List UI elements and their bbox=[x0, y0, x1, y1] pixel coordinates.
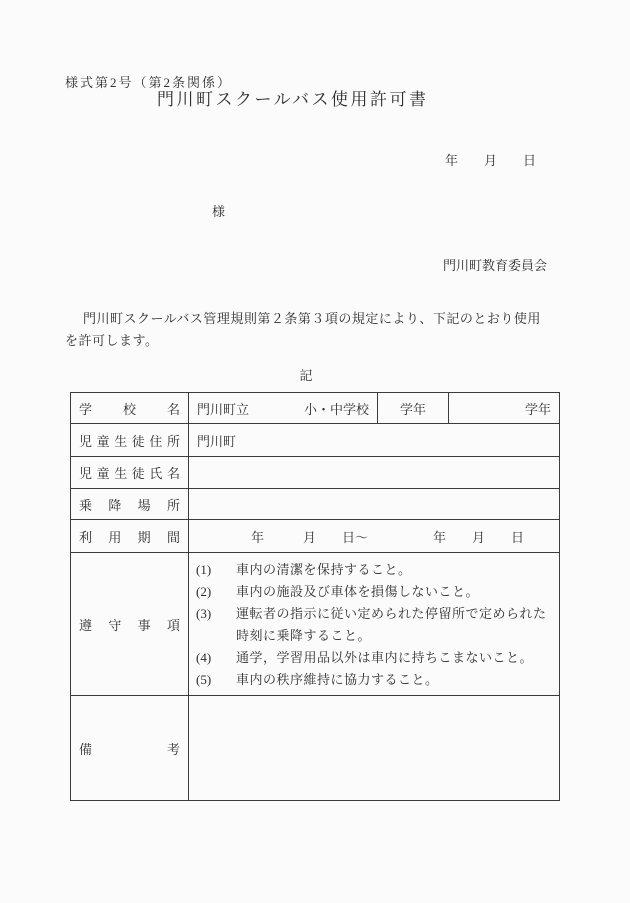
table-row-stop: 乗降場所 bbox=[71, 489, 560, 520]
issuer-name: 門川町教育委員会 bbox=[443, 257, 547, 275]
grade-header-cell: 学年 bbox=[378, 393, 449, 424]
rule-number: (1) bbox=[196, 559, 236, 581]
student-address-value: 門川町 bbox=[189, 424, 560, 457]
table-row-rules: 遵守事項 (1) 車内の清潔を保持すること。 (2) 車内の施設及び車体を損傷し… bbox=[71, 553, 560, 696]
permit-document-page: 様式第2号（第2条関係） 門川町スクールバス使用許可書 年 月 日 様 門川町教… bbox=[0, 0, 630, 903]
boarding-point-value bbox=[189, 489, 560, 520]
rule-item-3: (3) 運転者の指示に従い定められた停留所で定められた時刻に乗降すること。 bbox=[196, 603, 551, 647]
school-name-label: 学校名 bbox=[71, 399, 188, 418]
rule-number: (3) bbox=[196, 603, 236, 647]
permission-statement: 門川町スクールバス管理規則第２条第３項の規定により、下記のとおり使用を許可します… bbox=[65, 308, 549, 352]
rule-item-5: (5) 車内の秩序維持に協力すること。 bbox=[196, 669, 551, 691]
rule-item-4: (4) 通学，学習用品以外は車内に持ちこまないこと。 bbox=[196, 647, 551, 669]
rules-list: (1) 車内の清潔を保持すること。 (2) 車内の施設及び車体を損傷しないこと。… bbox=[189, 553, 560, 696]
table-row-remarks: 備考 bbox=[71, 696, 560, 801]
document-title: 門川町スクールバス使用許可書 bbox=[157, 88, 428, 112]
rule-number: (5) bbox=[196, 669, 236, 691]
usage-period-value: 年 月 日～ 年 月 日 bbox=[189, 520, 560, 553]
remarks-label: 備考 bbox=[71, 739, 188, 758]
rule-text: 車内の施設及び車体を損傷しないこと。 bbox=[236, 581, 551, 603]
rule-text: 車内の秩序維持に協力すること。 bbox=[236, 669, 551, 691]
student-name-label: 児童生徒氏名 bbox=[71, 463, 188, 482]
record-marker: 記 bbox=[65, 366, 547, 386]
rule-number: (4) bbox=[196, 647, 236, 669]
boarding-point-label: 乗降場所 bbox=[71, 495, 188, 514]
table-row-school: 学校名 門川町立 小・中学校 学年 学年 bbox=[71, 393, 560, 424]
rule-text: 車内の清潔を保持すること。 bbox=[236, 559, 551, 581]
table-row-name: 児童生徒氏名 bbox=[71, 457, 560, 489]
table-row-period: 利用期間 年 月 日～ 年 月 日 bbox=[71, 520, 560, 553]
permit-table: 学校名 門川町立 小・中学校 学年 学年 児童生徒住所 門川町 bbox=[70, 392, 560, 801]
remarks-value bbox=[189, 696, 560, 801]
school-name-value: 門川町立 小・中学校 bbox=[189, 399, 377, 418]
rule-text: 運転者の指示に従い定められた停留所で定められた時刻に乗降すること。 bbox=[236, 603, 551, 647]
addressee-honorific: 様 bbox=[212, 203, 225, 221]
usage-period-label: 利用期間 bbox=[71, 527, 188, 546]
student-name-value bbox=[189, 457, 560, 489]
rule-item-2: (2) 車内の施設及び車体を損傷しないこと。 bbox=[196, 581, 551, 603]
issue-date-line: 年 月 日 bbox=[445, 152, 536, 170]
rule-item-1: (1) 車内の清潔を保持すること。 bbox=[196, 559, 551, 581]
table-row-address: 児童生徒住所 門川町 bbox=[71, 424, 560, 457]
school-operator-text: 門川町立 bbox=[197, 399, 249, 418]
rule-text: 通学，学習用品以外は車内に持ちこまないこと。 bbox=[236, 647, 551, 669]
rules-label: 遵守事項 bbox=[71, 615, 188, 634]
student-address-label: 児童生徒住所 bbox=[71, 431, 188, 450]
school-type-text: 小・中学校 bbox=[304, 399, 369, 418]
grade-value-cell: 学年 bbox=[449, 393, 560, 424]
rule-number: (2) bbox=[196, 581, 236, 603]
